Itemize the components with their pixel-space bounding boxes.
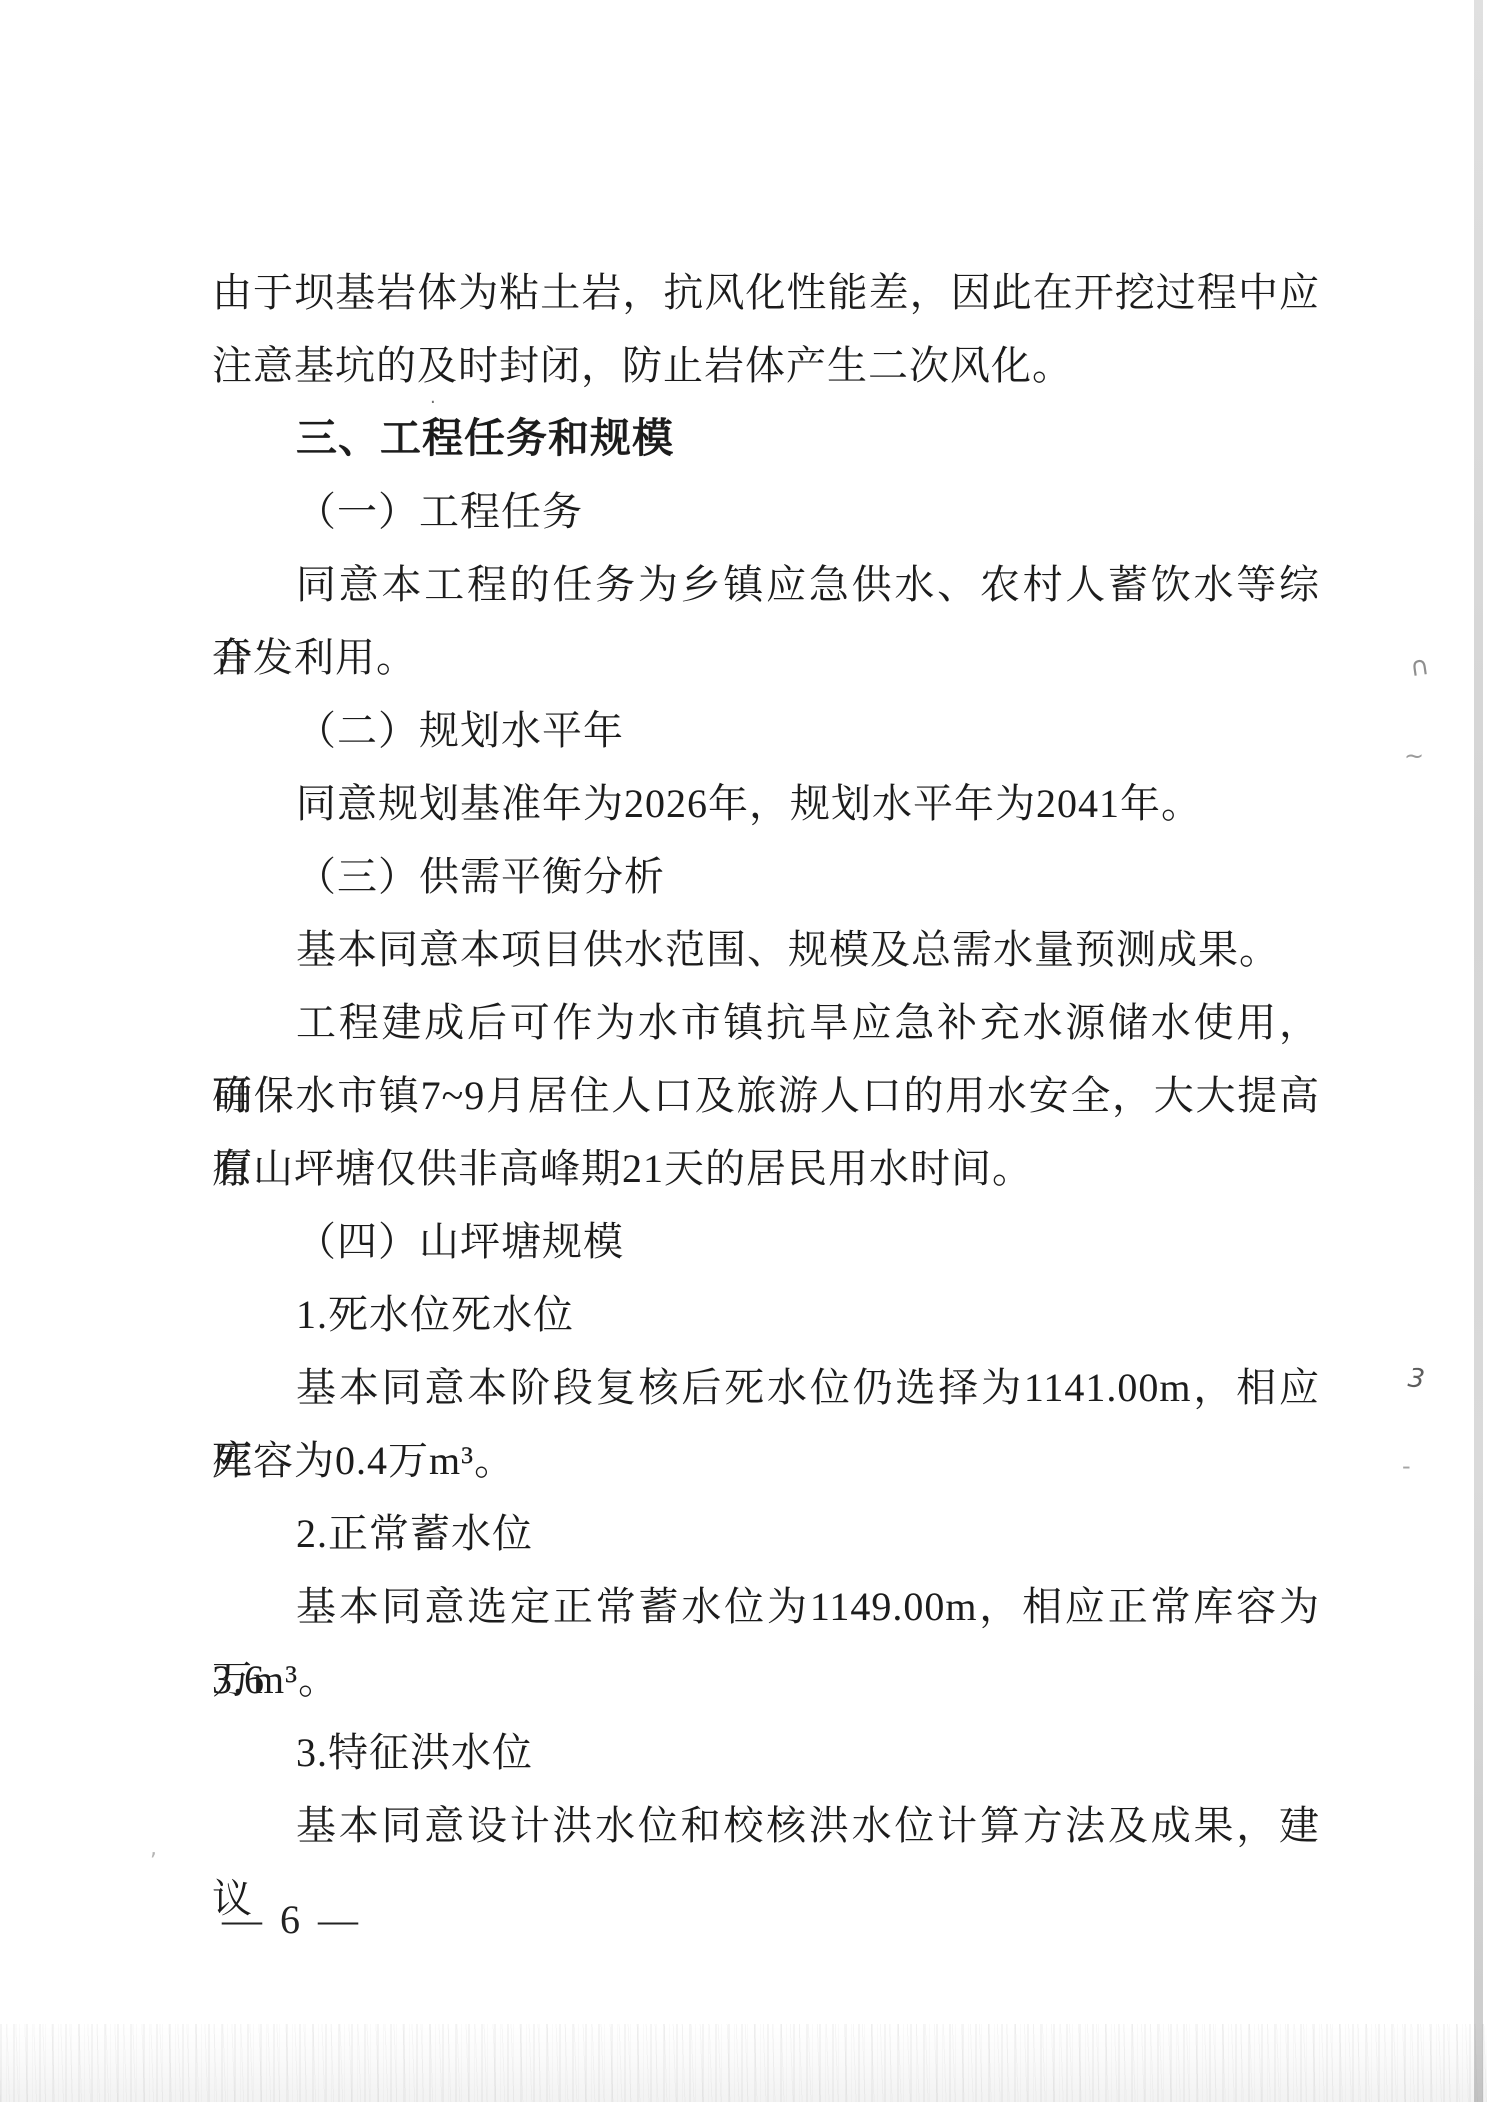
- text-line: 开发利用。: [212, 621, 1320, 694]
- text-line: 确保水市镇7~9月居住人口及旅游人口的用水安全，大大提高原: [212, 1059, 1320, 1132]
- document-body: 由于坝基岩体为粘土岩，抗风化性能差，因此在开挖过程中应 注意基坑的及时封闭，防止…: [212, 256, 1320, 1862]
- text-line: 同意规划基准年为2026年，规划水平年为2041年。: [212, 767, 1320, 840]
- text-line: 基本同意本阶段复核后死水位仍选择为1141.00m，相应死: [212, 1351, 1320, 1424]
- numbered-item-heading: 3.特征洪水位: [212, 1716, 1320, 1789]
- scan-noise-band: [0, 2024, 1487, 2102]
- text-line: 工程建成后可作为水市镇抗旱应急补充水源储水使用，可: [212, 986, 1320, 1059]
- subsection-heading: （三）供需平衡分析: [212, 840, 1320, 913]
- text-line: 库容为0.4万m³。: [212, 1424, 1320, 1497]
- scan-artifact-mark: ∩: [1408, 651, 1431, 683]
- subsection-heading: （一）工程任务: [212, 475, 1320, 548]
- numbered-item-heading: 2.正常蓄水位: [212, 1497, 1320, 1570]
- subsection-heading: （四）山坪塘规模: [212, 1205, 1320, 1278]
- text-line: 由于坝基岩体为粘土岩，抗风化性能差，因此在开挖过程中应: [212, 256, 1320, 329]
- scan-artifact-mark: -: [1402, 1452, 1411, 1480]
- text-line: 基本同意本项目供水范围、规模及总需水量预测成果。: [212, 913, 1320, 986]
- scan-artifact-mark: 3: [1406, 1363, 1426, 1395]
- text-line: 同意本工程的任务为乡镇应急供水、农村人蓄饮水等综合: [212, 548, 1320, 621]
- scan-artifact-mark: ~: [1404, 742, 1424, 770]
- scan-edge-shadow: [1474, 0, 1483, 2102]
- page-number: — 6 —: [222, 1896, 362, 1943]
- text-line: 基本同意选定正常蓄水位为1149.00m，相应正常库容为3.6: [212, 1570, 1320, 1643]
- subsection-heading: （二）规划水平年: [212, 694, 1320, 767]
- section-heading: 三、工程任务和规模: [212, 402, 1320, 475]
- numbered-item-heading: 1.死水位死水位: [212, 1278, 1320, 1351]
- text-line: 万m³。: [212, 1643, 1320, 1716]
- scan-artifact-speck: ,: [150, 1836, 157, 1861]
- text-line: 基本同意设计洪水位和校核洪水位计算方法及成果，建议: [212, 1789, 1320, 1862]
- text-line: 注意基坑的及时封闭，防止岩体产生二次风化。: [212, 329, 1320, 402]
- scanned-document-page: 由于坝基岩体为粘土岩，抗风化性能差，因此在开挖过程中应 注意基坑的及时封闭，防止…: [0, 0, 1487, 2102]
- text-line: 有山坪塘仅供非高峰期21天的居民用水时间。: [212, 1132, 1320, 1205]
